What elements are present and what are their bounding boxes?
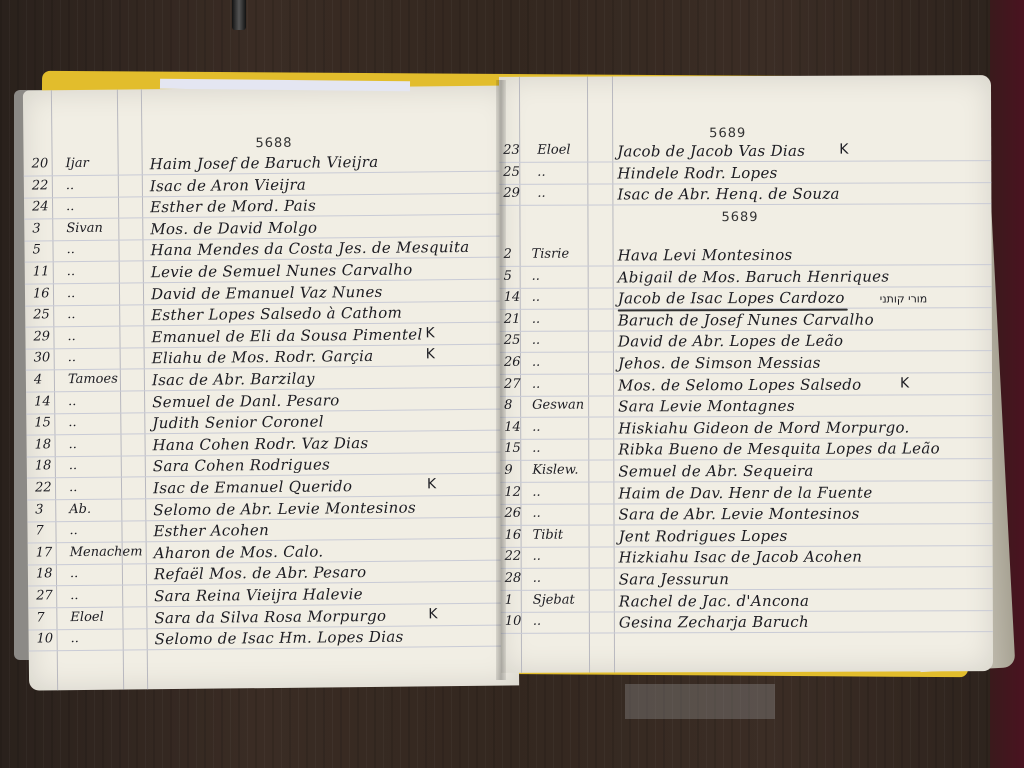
entry-day: 23: [503, 143, 529, 158]
entry-day: 18: [35, 437, 61, 452]
entry-month: ..: [532, 268, 540, 283]
entry-day: 30: [34, 351, 60, 366]
entry-day: 15: [34, 415, 60, 430]
register-entry: 15..Ribka Bueno de Mesquita Lopes da Leã…: [500, 440, 992, 464]
entry-day: 7: [35, 523, 61, 538]
entry-day: 28: [505, 571, 531, 586]
entry-month: ..: [532, 441, 540, 456]
entry-day: 11: [33, 264, 59, 279]
entry-day: 17: [36, 545, 62, 560]
entry-name: Isac de Abr. Barzilay: [152, 370, 315, 390]
entry-month: ..: [532, 333, 540, 348]
year-heading-top: 5689: [709, 126, 746, 141]
entry-name: Emanuel de Eli da Sousa Pimentel: [151, 325, 422, 346]
entry-day: 22: [35, 480, 61, 495]
entry-mark-k: K: [428, 606, 437, 622]
entry-name: Jacob de Jacob Vas Dias: [617, 142, 805, 161]
entry-month: ..: [532, 376, 540, 391]
entry-month: Geswan: [532, 398, 584, 413]
entry-month: ..: [67, 307, 75, 322]
entry-day: 2: [504, 247, 530, 262]
entry-month: ..: [69, 480, 77, 495]
entry-mark-k: K: [426, 347, 435, 363]
register-entry: 21..Baruch de Josef Nunes Carvalho: [500, 310, 992, 334]
entry-month: Ab.: [69, 501, 91, 516]
entry-month: ..: [67, 286, 75, 301]
entry-month: ..: [532, 484, 540, 499]
entry-month: ..: [537, 164, 545, 179]
entry-month: ..: [70, 588, 78, 603]
entry-name: Mos. de David Molgo: [150, 218, 317, 238]
book-gutter: [496, 80, 506, 680]
entry-month: ..: [68, 350, 76, 365]
entry-day: 14: [504, 420, 530, 435]
register-entry: 16TibitJent Rodrigues Lopes: [501, 526, 993, 550]
register-entry: 22..Hizkiahu Isac de Jacob Acohen: [501, 548, 993, 572]
entry-day: 7: [36, 610, 62, 625]
entry-day: 26: [504, 355, 530, 370]
entry-day: 8: [504, 398, 530, 413]
register-entry: 28..Sara Jessurun: [501, 569, 993, 593]
entry-name: Mos. de Selomo Lopes Salsedo: [618, 375, 861, 394]
register-entry: 8GeswanSara Levie Montagnes: [500, 396, 992, 420]
register-entry: 5..Abigail de Mos. Baruch Henriques: [500, 267, 992, 291]
entry-name: David de Abr. Lopes de Leão: [618, 332, 844, 351]
entry-month: ..: [533, 614, 541, 629]
entry-month: ..: [70, 566, 78, 581]
entry-day: 10: [37, 631, 63, 646]
entry-name: Levie de Semuel Nunes Carvalho: [151, 261, 413, 282]
entry-month: ..: [69, 458, 77, 473]
entry-month: Kislew.: [532, 463, 578, 478]
entry-name: Isac de Emanuel Querido: [153, 477, 352, 497]
right-page: 5689 5689 23EloelJacob de Jacob Vas Dias…: [499, 75, 993, 673]
year-heading-mid: 5689: [721, 210, 758, 225]
register-entry: 9Kislew.Semuel de Abr. Sequeira: [500, 461, 992, 485]
entry-day: 18: [36, 567, 62, 582]
register-entry: 14..Jacob de Isac Lopes Cardozoמורי קותנ…: [500, 288, 992, 312]
entry-mark-k: K: [839, 142, 848, 158]
entry-name: Sara Levie Montagnes: [618, 397, 795, 416]
entry-day: 14: [34, 394, 60, 409]
entry-day: 10: [505, 614, 531, 629]
entry-day: 1: [505, 592, 531, 607]
entry-month: ..: [69, 437, 77, 452]
entry-month: Sjebat: [533, 592, 575, 607]
tape-strip: [625, 684, 775, 719]
entry-month: ..: [532, 312, 540, 327]
register-entry: 26..Jehos. de Simson Messias: [500, 353, 992, 377]
entry-month: Tisrie: [532, 247, 570, 262]
entry-name: Hana Mendes da Costa Jes. de Mesquita: [150, 238, 469, 259]
entry-month: Tamoes: [68, 372, 118, 388]
entry-day: 22: [32, 178, 58, 193]
entry-month: ..: [66, 178, 74, 193]
entry-month: ..: [532, 355, 540, 370]
entry-name: Semuel de Danl. Pesaro: [152, 391, 340, 411]
entry-name: Hana Cohen Rodr. Vaz Dias: [152, 434, 368, 454]
entry-name: Jacob de Isac Lopes Cardozo: [618, 289, 845, 308]
entry-name: Gesina Zecharja Baruch: [619, 613, 809, 632]
hebrew-annotation: מורי קותני: [880, 293, 928, 306]
entry-name: Aharon de Mos. Calo.: [154, 542, 324, 562]
entry-day: 12: [504, 484, 530, 499]
entry-day: 9: [504, 463, 530, 478]
entry-name: Hiskiahu Gideon de Mord Morpurgo.: [618, 418, 909, 437]
entry-month: Eloel: [70, 609, 103, 624]
entry-day: 5: [504, 268, 530, 283]
register-entry: 10..Selomo de Isac Hm. Lopes Dias: [29, 627, 519, 654]
entry-name: Rachel de Jac. d'Ancona: [619, 591, 809, 610]
register-entry: 27..Mos. de Selomo Lopes SalsedoK: [500, 375, 992, 399]
entry-month: Tibit: [533, 527, 564, 542]
entry-month: ..: [68, 415, 76, 430]
entry-name: Judith Senior Coronel: [152, 413, 324, 433]
entry-month: ..: [66, 199, 74, 214]
entry-month: ..: [533, 571, 541, 586]
register-entry: 12..Haim de Dav. Henr de la Fuente: [500, 483, 992, 507]
entry-day: 16: [33, 286, 59, 301]
year-heading: 5688: [255, 136, 292, 151]
entry-mark-k: K: [427, 476, 436, 492]
entry-day: 3: [35, 502, 61, 517]
entry-day: 22: [505, 549, 531, 564]
entry-name: Esther de Mord. Pais: [150, 197, 316, 217]
entry-name: Esther Lopes Salsedo à Cathom: [151, 304, 402, 325]
register-entry: 25..David de Abr. Lopes de Leão: [500, 332, 992, 356]
entry-month: ..: [533, 549, 541, 564]
entry-day: 16: [505, 528, 531, 543]
entry-name: Hava Levi Montesinos: [618, 246, 793, 265]
entry-month: ..: [67, 264, 75, 279]
entry-name: Sara de Abr. Levie Montesinos: [618, 505, 859, 524]
register-entry: 14..Hiskiahu Gideon de Mord Morpurgo.: [500, 418, 992, 442]
pen-tip: [232, 0, 246, 30]
entry-day: 25: [504, 333, 530, 348]
entry-day: 15: [504, 441, 530, 456]
entry-name: Ribka Bueno de Mesquita Lopes da Leão: [618, 440, 940, 459]
entry-month: Menachem: [70, 544, 143, 560]
entry-day: 21: [504, 312, 530, 327]
entry-name: Refaël Mos. de Abr. Pesaro: [154, 563, 367, 583]
entry-name: Selomo de Abr. Levie Montesinos: [153, 498, 416, 519]
entry-day: 4: [34, 372, 60, 387]
entry-day: 26: [504, 506, 530, 521]
register-entry: 25..Hindele Rodr. Lopes: [499, 163, 991, 187]
entry-month: Ijar: [66, 156, 89, 171]
entry-name: Jehos. de Simson Messias: [618, 354, 821, 373]
entry-day: 24: [32, 199, 58, 214]
register-entry: 2TisrieHava Levi Montesinos: [500, 245, 992, 269]
entry-name: Isac de Aron Vieijra: [150, 175, 306, 195]
entry-month: Sivan: [66, 221, 103, 236]
entry-day: 29: [33, 329, 59, 344]
entry-name: Hizkiahu Isac de Jacob Acohen: [619, 548, 863, 567]
register-entry: 23EloelJacob de Jacob Vas DiasK: [499, 141, 991, 165]
entry-name: Jent Rodrigues Lopes: [619, 527, 788, 546]
entry-name: Haim Josef de Baruch Vieijra: [150, 153, 379, 173]
entry-name: Semuel de Abr. Sequeira: [618, 462, 813, 481]
entry-day: 25: [503, 164, 529, 179]
register-entry: 1SjebatRachel de Jac. d'Ancona: [501, 591, 993, 615]
left-page: 5688 20IjarHaim Josef de Baruch Vieijra2…: [23, 85, 519, 690]
entry-day: 20: [32, 156, 58, 171]
register-entry: 29..Isac de Abr. Henq. de Souza: [499, 184, 991, 208]
entry-day: 27: [504, 376, 530, 391]
entry-month: Eloel: [537, 143, 570, 158]
register-entry: 26..Sara de Abr. Levie Montesinos: [500, 504, 992, 528]
entry-month: ..: [532, 420, 540, 435]
entry-name: Selomo de Isac Hm. Lopes Dias: [155, 628, 404, 649]
entry-month: ..: [69, 523, 77, 538]
entry-day: 25: [33, 307, 59, 322]
entry-mark-k: K: [900, 375, 909, 391]
entry-month: ..: [68, 394, 76, 409]
entry-month: ..: [532, 290, 540, 305]
entry-name: Sara da Silva Rosa Morpurgo: [154, 606, 386, 626]
entry-day: 5: [32, 243, 58, 258]
entry-name: Hindele Rodr. Lopes: [617, 163, 777, 182]
entry-month: ..: [71, 631, 79, 646]
entry-name: Isac de Abr. Henq. de Souza: [617, 185, 839, 204]
entry-day: 18: [35, 459, 61, 474]
entry-month: ..: [532, 506, 540, 521]
entry-name: Sara Cohen Rodrigues: [153, 456, 330, 476]
entry-month: ..: [67, 329, 75, 344]
entry-day: 14: [504, 290, 530, 305]
entry-day: 29: [503, 186, 529, 201]
entry-month: ..: [537, 186, 545, 201]
entry-name: David de Emanuel Vaz Nunes: [151, 282, 383, 302]
entry-month: ..: [66, 242, 74, 257]
entry-name: Abigail de Mos. Baruch Henriques: [618, 267, 890, 286]
entry-name: Sara Reina Vieijra Halevie: [154, 585, 363, 605]
entry-name: Esther Acohen: [153, 521, 269, 540]
entry-name: Eliahu de Mos. Rodr. Garçia: [152, 347, 374, 367]
entry-day: 27: [36, 588, 62, 603]
entry-name: Haim de Dav. Henr de la Fuente: [618, 483, 872, 502]
register-entry: 10..Gesina Zecharja Baruch: [501, 612, 993, 636]
entry-name: Baruch de Josef Nunes Carvalho: [618, 310, 874, 329]
entry-mark-k: K: [425, 325, 434, 341]
entry-name: Sara Jessurun: [619, 570, 730, 588]
entry-day: 3: [32, 221, 58, 236]
